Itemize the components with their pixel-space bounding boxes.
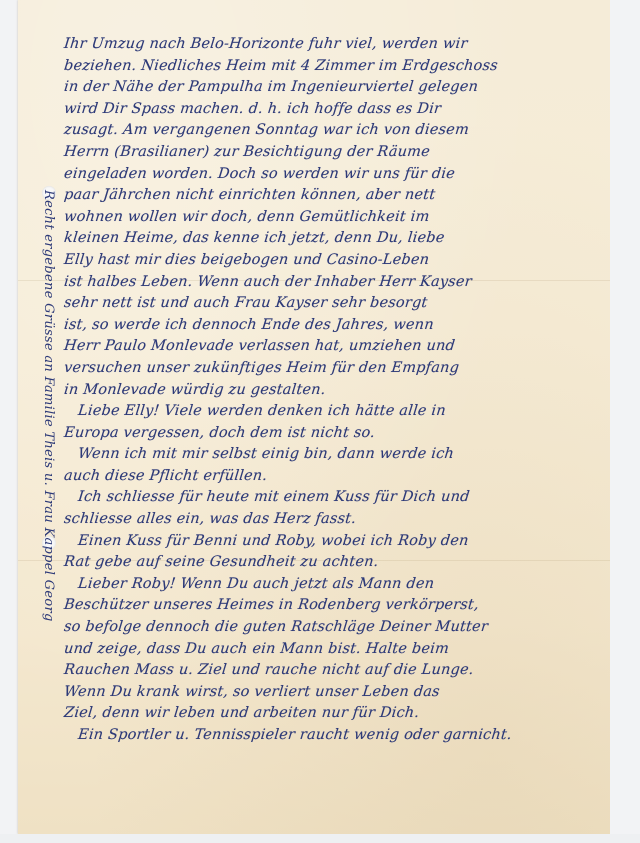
letter-line: ist halbes Leben. Wenn auch der Inhaber … <box>63 272 610 294</box>
letter-paper: Recht ergebene Grüsse an Familie Theis u… <box>18 0 610 834</box>
letter-line: auch diese Pflicht erfüllen. <box>63 466 610 488</box>
letter-line: Beschützer unseres Heimes in Rodenberg v… <box>63 595 610 617</box>
letter-line: in der Nähe der Pampulha im Ingenieurvie… <box>63 77 610 99</box>
letter-line: Ihr Umzug nach Belo-Horizonte fuhr viel,… <box>63 34 610 56</box>
letter-line: Lieber Roby! Wenn Du auch jetzt als Mann… <box>63 574 610 596</box>
letter-line: wohnen wollen wir doch, denn Gemütlichke… <box>63 207 610 229</box>
letter-line: und zeige, dass Du auch ein Mann bist. H… <box>63 639 610 661</box>
letter-line: kleinen Heime, das kenne ich jetzt, denn… <box>63 228 610 250</box>
margin-note: Recht ergebene Grüsse an Familie Theis u… <box>34 190 56 830</box>
letter-body: Ihr Umzug nach Belo-Horizonte fuhr viel,… <box>64 34 610 747</box>
letter-line: wird Dir Spass machen. d. h. ich hoffe d… <box>63 99 610 121</box>
letter-line: Ich schliesse für heute mit einem Kuss f… <box>63 487 610 509</box>
letter-line: Wenn ich mit mir selbst einig bin, dann … <box>63 444 610 466</box>
letter-line: Ziel, denn wir leben und arbeiten nur fü… <box>63 703 610 725</box>
letter-line: Rat gebe auf seine Gesundheit zu achten. <box>63 552 610 574</box>
letter-line: Liebe Elly! Viele werden denken ich hätt… <box>63 401 610 423</box>
scanner-background <box>0 834 640 843</box>
letter-line: Elly hast mir dies beigebogen und Casino… <box>63 250 610 272</box>
letter-line: eingeladen worden. Doch so werden wir un… <box>63 164 610 186</box>
letter-line: schliesse alles ein, was das Herz fasst. <box>63 509 610 531</box>
letter-line: Wenn Du krank wirst, so verliert unser L… <box>63 682 610 704</box>
document-scan: Recht ergebene Grüsse an Familie Theis u… <box>0 0 640 843</box>
letter-line: ist, so werde ich dennoch Ende des Jahre… <box>63 315 610 337</box>
letter-line: Einen Kuss für Benni und Roby, wobei ich… <box>63 531 610 553</box>
letter-line: Ein Sportler u. Tennisspieler raucht wen… <box>63 725 610 747</box>
letter-line: versuchen unser zukünftiges Heim für den… <box>63 358 610 380</box>
letter-line: so befolge dennoch die guten Ratschläge … <box>63 617 610 639</box>
letter-line: in Monlevade würdig zu gestalten. <box>63 380 610 402</box>
letter-line: Rauchen Mass u. Ziel und rauche nicht au… <box>63 660 610 682</box>
letter-line: sehr nett ist und auch Frau Kayser sehr … <box>63 293 610 315</box>
letter-line: beziehen. Niedliches Heim mit 4 Zimmer i… <box>63 56 610 78</box>
letter-line: Herr Paulo Monlevade verlassen hat, umzi… <box>63 336 610 358</box>
letter-line: zusagt. Am vergangenen Sonntag war ich v… <box>63 120 610 142</box>
scanner-background <box>610 0 640 843</box>
letter-line: Europa vergessen, doch dem ist nicht so. <box>63 423 610 445</box>
letter-line: paar Jährchen nicht einrichten können, a… <box>63 185 610 207</box>
letter-line: Herrn (Brasilianer) zur Besichtigung der… <box>63 142 610 164</box>
